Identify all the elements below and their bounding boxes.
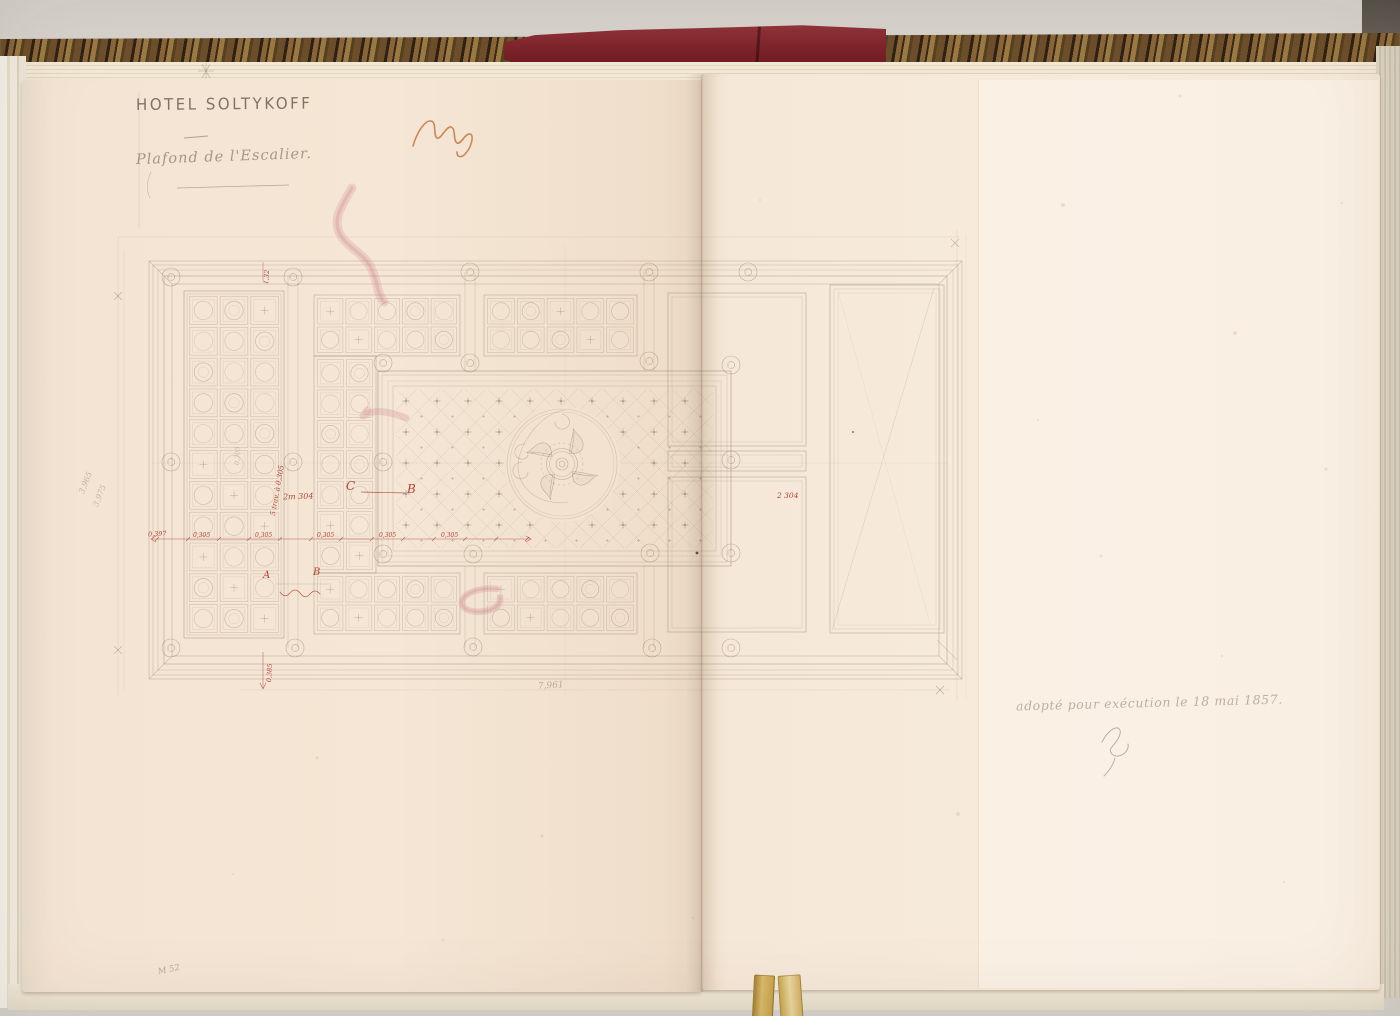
bookmark-ribbon bbox=[752, 974, 775, 1016]
right-page-light-zone bbox=[978, 80, 1379, 988]
gutter-fold bbox=[686, 74, 718, 992]
album-photograph: HOTEL SOLTYKOFF Plafond de l'Escalier. a… bbox=[0, 0, 1400, 1016]
left-album-page bbox=[22, 80, 702, 992]
bookmark-ribbon bbox=[778, 974, 804, 1016]
